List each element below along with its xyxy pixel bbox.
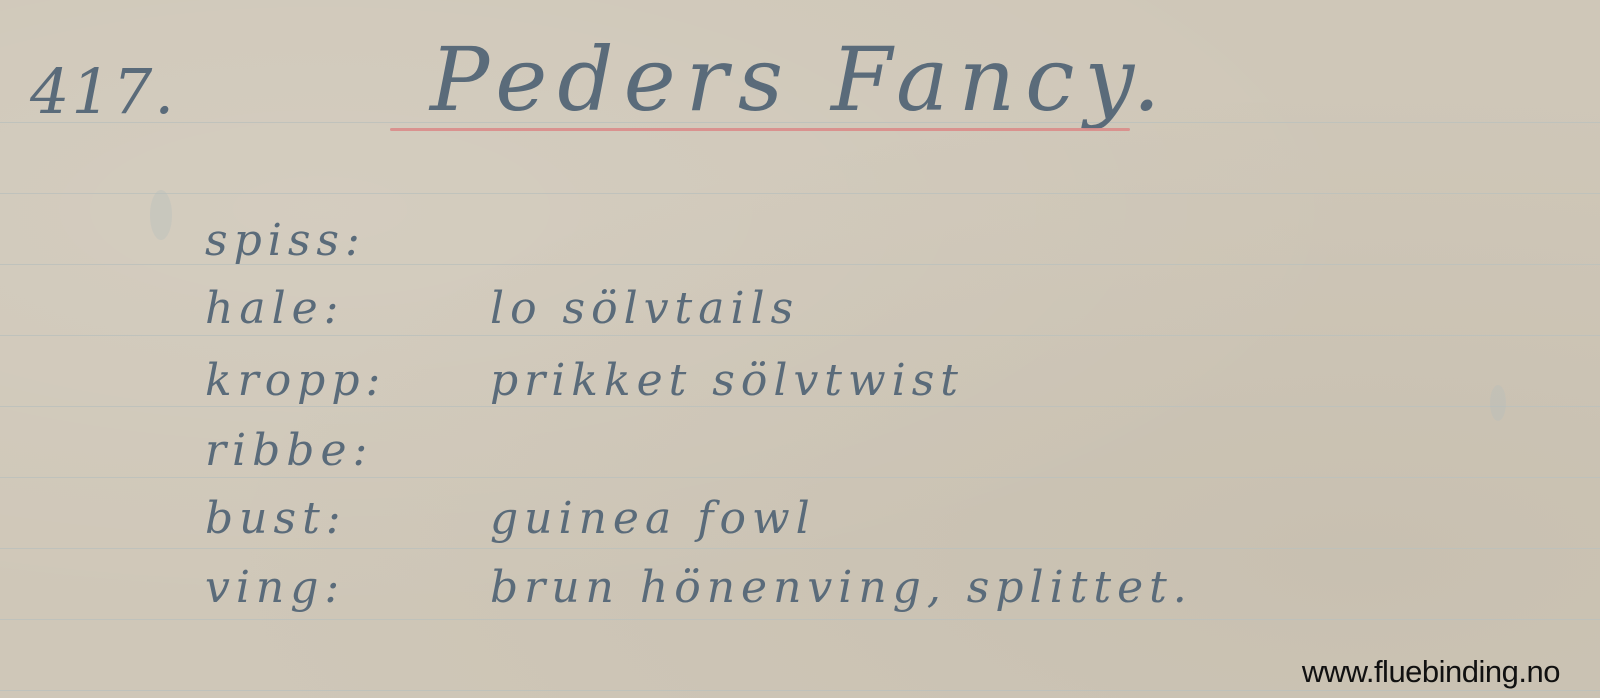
field-value-hale: lo sölvtails	[490, 283, 799, 334]
watermark: www.fluebinding.no	[1302, 654, 1560, 690]
field-label-ribbe: ribbe:	[205, 425, 373, 476]
field-value-kropp: prikket sölvtwist	[490, 355, 964, 406]
ruled-line	[0, 690, 1600, 691]
paper-smudge	[150, 190, 172, 240]
page-title: Peders Fancy.	[430, 28, 1170, 131]
title-underline	[390, 128, 1130, 131]
ruled-line	[0, 619, 1600, 620]
ruled-line	[0, 193, 1600, 194]
field-label-kropp: kropp:	[205, 355, 386, 406]
ruled-line	[0, 406, 1600, 407]
paper-smudge	[1490, 385, 1506, 421]
field-label-hale: hale:	[205, 283, 345, 334]
field-label-spiss: spiss:	[205, 215, 366, 266]
entry-number: 417.	[30, 55, 176, 128]
field-label-bust: bust:	[205, 493, 347, 544]
ruled-line	[0, 548, 1600, 549]
notebook-page: 417. Peders Fancy. spiss: hale: lo sölvt…	[0, 0, 1600, 698]
field-value-bust: guinea fowl	[490, 493, 816, 544]
ruled-line	[0, 335, 1600, 336]
field-value-ving: brun hönenving, splittet.	[490, 562, 1193, 613]
ruled-line	[0, 477, 1600, 478]
field-label-ving: ving:	[205, 562, 345, 613]
